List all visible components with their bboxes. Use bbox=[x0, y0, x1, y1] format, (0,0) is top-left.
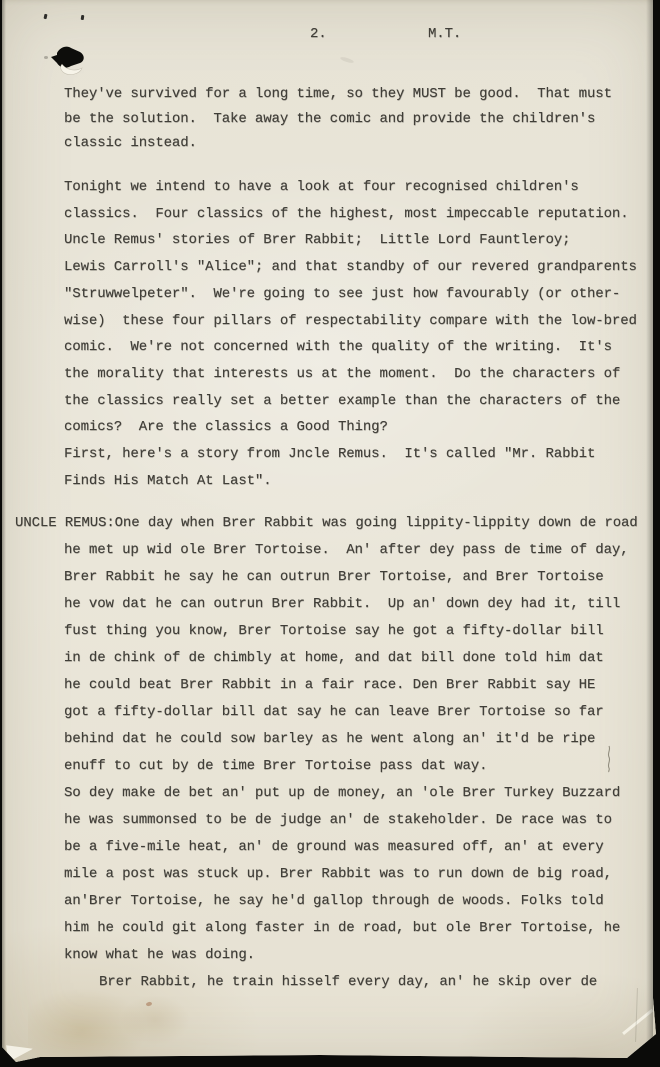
typescript-line: he could beat Brer Rabbit in a fair race… bbox=[64, 677, 595, 693]
ink-smudge bbox=[340, 56, 355, 64]
typescript-line: classic instead. bbox=[64, 135, 197, 151]
typescript-line: comics? Are the classics a Good Thing? bbox=[64, 419, 388, 435]
typescript-line: "Struwwelpeter". We're going to see just… bbox=[64, 286, 620, 302]
paper-sheet: 2. M.T. They've survived for a long time… bbox=[0, 0, 660, 1067]
typescript-line: UNCLE REMUS:One day when Brer Rabbit was… bbox=[15, 515, 638, 531]
typescript-line: in de chink of de chimbly at home, and d… bbox=[64, 650, 604, 666]
paper-crease bbox=[635, 988, 638, 1042]
typescript-line: be the solution. Take away the comic and… bbox=[64, 111, 595, 127]
typescript-line: behind dat he could sow barley as he wen… bbox=[64, 731, 595, 747]
typescript-line: classics. Four classics of the highest, … bbox=[64, 206, 629, 222]
typescript-line: an'Brer Tortoise, he say he'd gallop thr… bbox=[64, 893, 604, 909]
typescript-line: know what he was doing. bbox=[64, 947, 255, 963]
typescript-line: comic. We're not concerned with the qual… bbox=[64, 339, 612, 355]
typescript-line: enuff to cut by de time Brer Tortoise pa… bbox=[64, 758, 487, 774]
typescript-line: the morality that interests us at the mo… bbox=[64, 366, 620, 382]
typescript-line: fust thing you know, Brer Tortoise say h… bbox=[64, 623, 604, 639]
typescript-line: he was summonsed to be de judge an' de s… bbox=[64, 812, 612, 828]
typescript-line: got a fifty-dollar bill dat say he can l… bbox=[64, 704, 604, 720]
typescript-line: mile a post was stuck up. Brer Rabbit wa… bbox=[64, 866, 612, 882]
typescript-line: First, here's a story from Jncle Remus. … bbox=[64, 446, 595, 462]
typescript-line: wise) these four pillars of respectabili… bbox=[64, 313, 637, 329]
right-edge-shadow bbox=[646, 0, 653, 1067]
ink-speck bbox=[81, 15, 85, 20]
typescript-line: the classics really set a better example… bbox=[64, 393, 620, 409]
typescript-line: Brer Rabbit he say he can outrun Brer To… bbox=[64, 569, 604, 585]
typescript-line: Uncle Remus' stories of Brer Rabbit; Lit… bbox=[64, 232, 570, 248]
typescript-line: him he could git along faster in de road… bbox=[64, 920, 620, 936]
pencil-mark bbox=[602, 744, 616, 774]
typescript-line: Lewis Carroll's "Alice"; and that standb… bbox=[64, 259, 637, 275]
typescript-line: be a five-mile heat, an' de ground was m… bbox=[64, 839, 604, 855]
page-number: 2. bbox=[310, 26, 327, 42]
typescript-line: Brer Rabbit, he train hisself every day,… bbox=[99, 974, 597, 990]
typescript-line: They've survived for a long time, so the… bbox=[64, 86, 612, 102]
typescript-line: Tonight we intend to have a look at four… bbox=[64, 179, 579, 195]
ink-blot bbox=[44, 42, 90, 80]
left-edge-shadow bbox=[2, 0, 6, 1067]
author-initials: M.T. bbox=[428, 26, 461, 42]
typescript-line: Finds His Match At Last". bbox=[64, 473, 272, 489]
typescript-line: he vow dat he can outrun Brer Rabbit. Up… bbox=[64, 596, 620, 612]
paper-stain bbox=[120, 995, 190, 1045]
ink-speck bbox=[44, 14, 48, 20]
typescript-line: So dey make de bet an' put up de money, … bbox=[64, 785, 620, 801]
typescript-line: he met up wid ole Brer Tortoise. An' aft… bbox=[64, 542, 629, 558]
